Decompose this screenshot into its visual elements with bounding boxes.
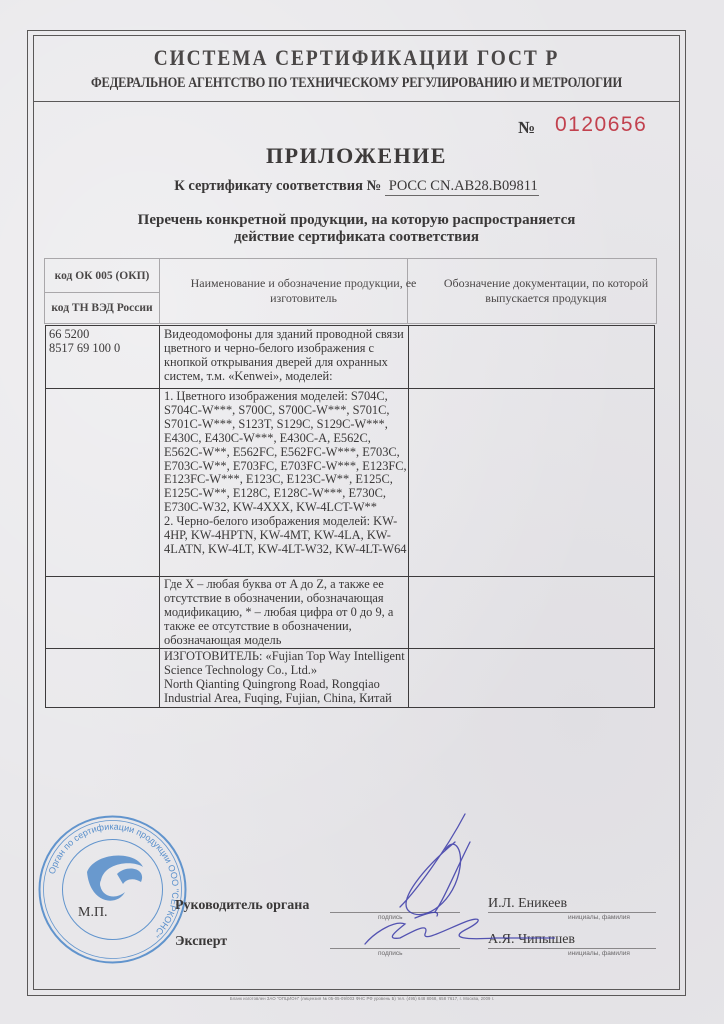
form-printer-note: Бланк изготовлен ЗАО "ОПЦИОН" (лицензия … bbox=[0, 996, 724, 1001]
certification-stamp: Орган по сертификации продукции ООО "СЕР… bbox=[35, 812, 190, 967]
header-documentation-column: Обозначение документации, по которой вып… bbox=[408, 259, 656, 323]
header-code-tnved: код ТН ВЭД России bbox=[45, 292, 159, 324]
products-table-header: код ОК 005 (ОКП) код ТН ВЭД России Наиме… bbox=[44, 258, 657, 324]
document-title: ПРИЛОЖЕНИЕ bbox=[33, 143, 680, 169]
seal-label: М.П. bbox=[78, 905, 108, 921]
certificate-number: POCC CN.AB28.B09811 bbox=[385, 178, 539, 196]
system-title: СИСТЕМА СЕРТИФИКАЦИИ ГОСТ Р bbox=[72, 45, 641, 71]
head-name-caption: инициалы, фамилия bbox=[568, 914, 630, 921]
header-divider bbox=[33, 101, 680, 102]
list-title-line1: Перечень конкретной продукции, на котору… bbox=[33, 212, 680, 229]
column-divider bbox=[159, 326, 160, 707]
products-table: 66 5200 8517 69 100 0 Видеодомофоны для … bbox=[45, 325, 655, 708]
form-number-label: № bbox=[518, 118, 535, 138]
table-row-product: ИЗГОТОВИТЕЛЬ: «Fujian Top Way Intelligen… bbox=[164, 650, 409, 706]
header-documentation: Обозначение документации, по которой вып… bbox=[408, 259, 684, 323]
header-code-okp: код ОК 005 (ОКП) bbox=[45, 259, 159, 293]
table-row-product: Где X – любая буква от A до Z, а также е… bbox=[164, 578, 409, 648]
list-title: Перечень конкретной продукции, на котору… bbox=[33, 212, 680, 246]
head-of-body-label: Руководитель органа bbox=[175, 898, 309, 914]
expert-label: Эксперт bbox=[175, 934, 227, 950]
certificate-label: К сертификату соответствия № bbox=[174, 178, 381, 194]
certificate-reference: К сертификату соответствия № POCC CN.AB2… bbox=[33, 178, 680, 196]
header-product: Наименование и обозначение продукции, ее… bbox=[160, 259, 447, 323]
expert-name-caption: инициалы, фамилия bbox=[568, 950, 630, 957]
row-codes: 66 5200 8517 69 100 0 bbox=[49, 328, 159, 356]
form-number: 0120656 bbox=[555, 113, 647, 137]
header-product-column: Наименование и обозначение продукции, ее… bbox=[160, 259, 408, 323]
handwritten-signature bbox=[355, 812, 555, 952]
agency-name: ФЕДЕРАЛЬНОЕ АГЕНТСТВО ПО ТЕХНИЧЕСКОМУ РЕ… bbox=[88, 75, 625, 92]
table-row-product: 1. Цветного изображения моделей: S704C, … bbox=[164, 390, 409, 557]
header-codes-column: код ОК 005 (ОКП) код ТН ВЭД России bbox=[45, 259, 160, 323]
table-row-product: Видеодомофоны для зданий проводной связи… bbox=[164, 328, 409, 384]
list-title-line2: действие сертификата соответствия bbox=[33, 229, 680, 246]
